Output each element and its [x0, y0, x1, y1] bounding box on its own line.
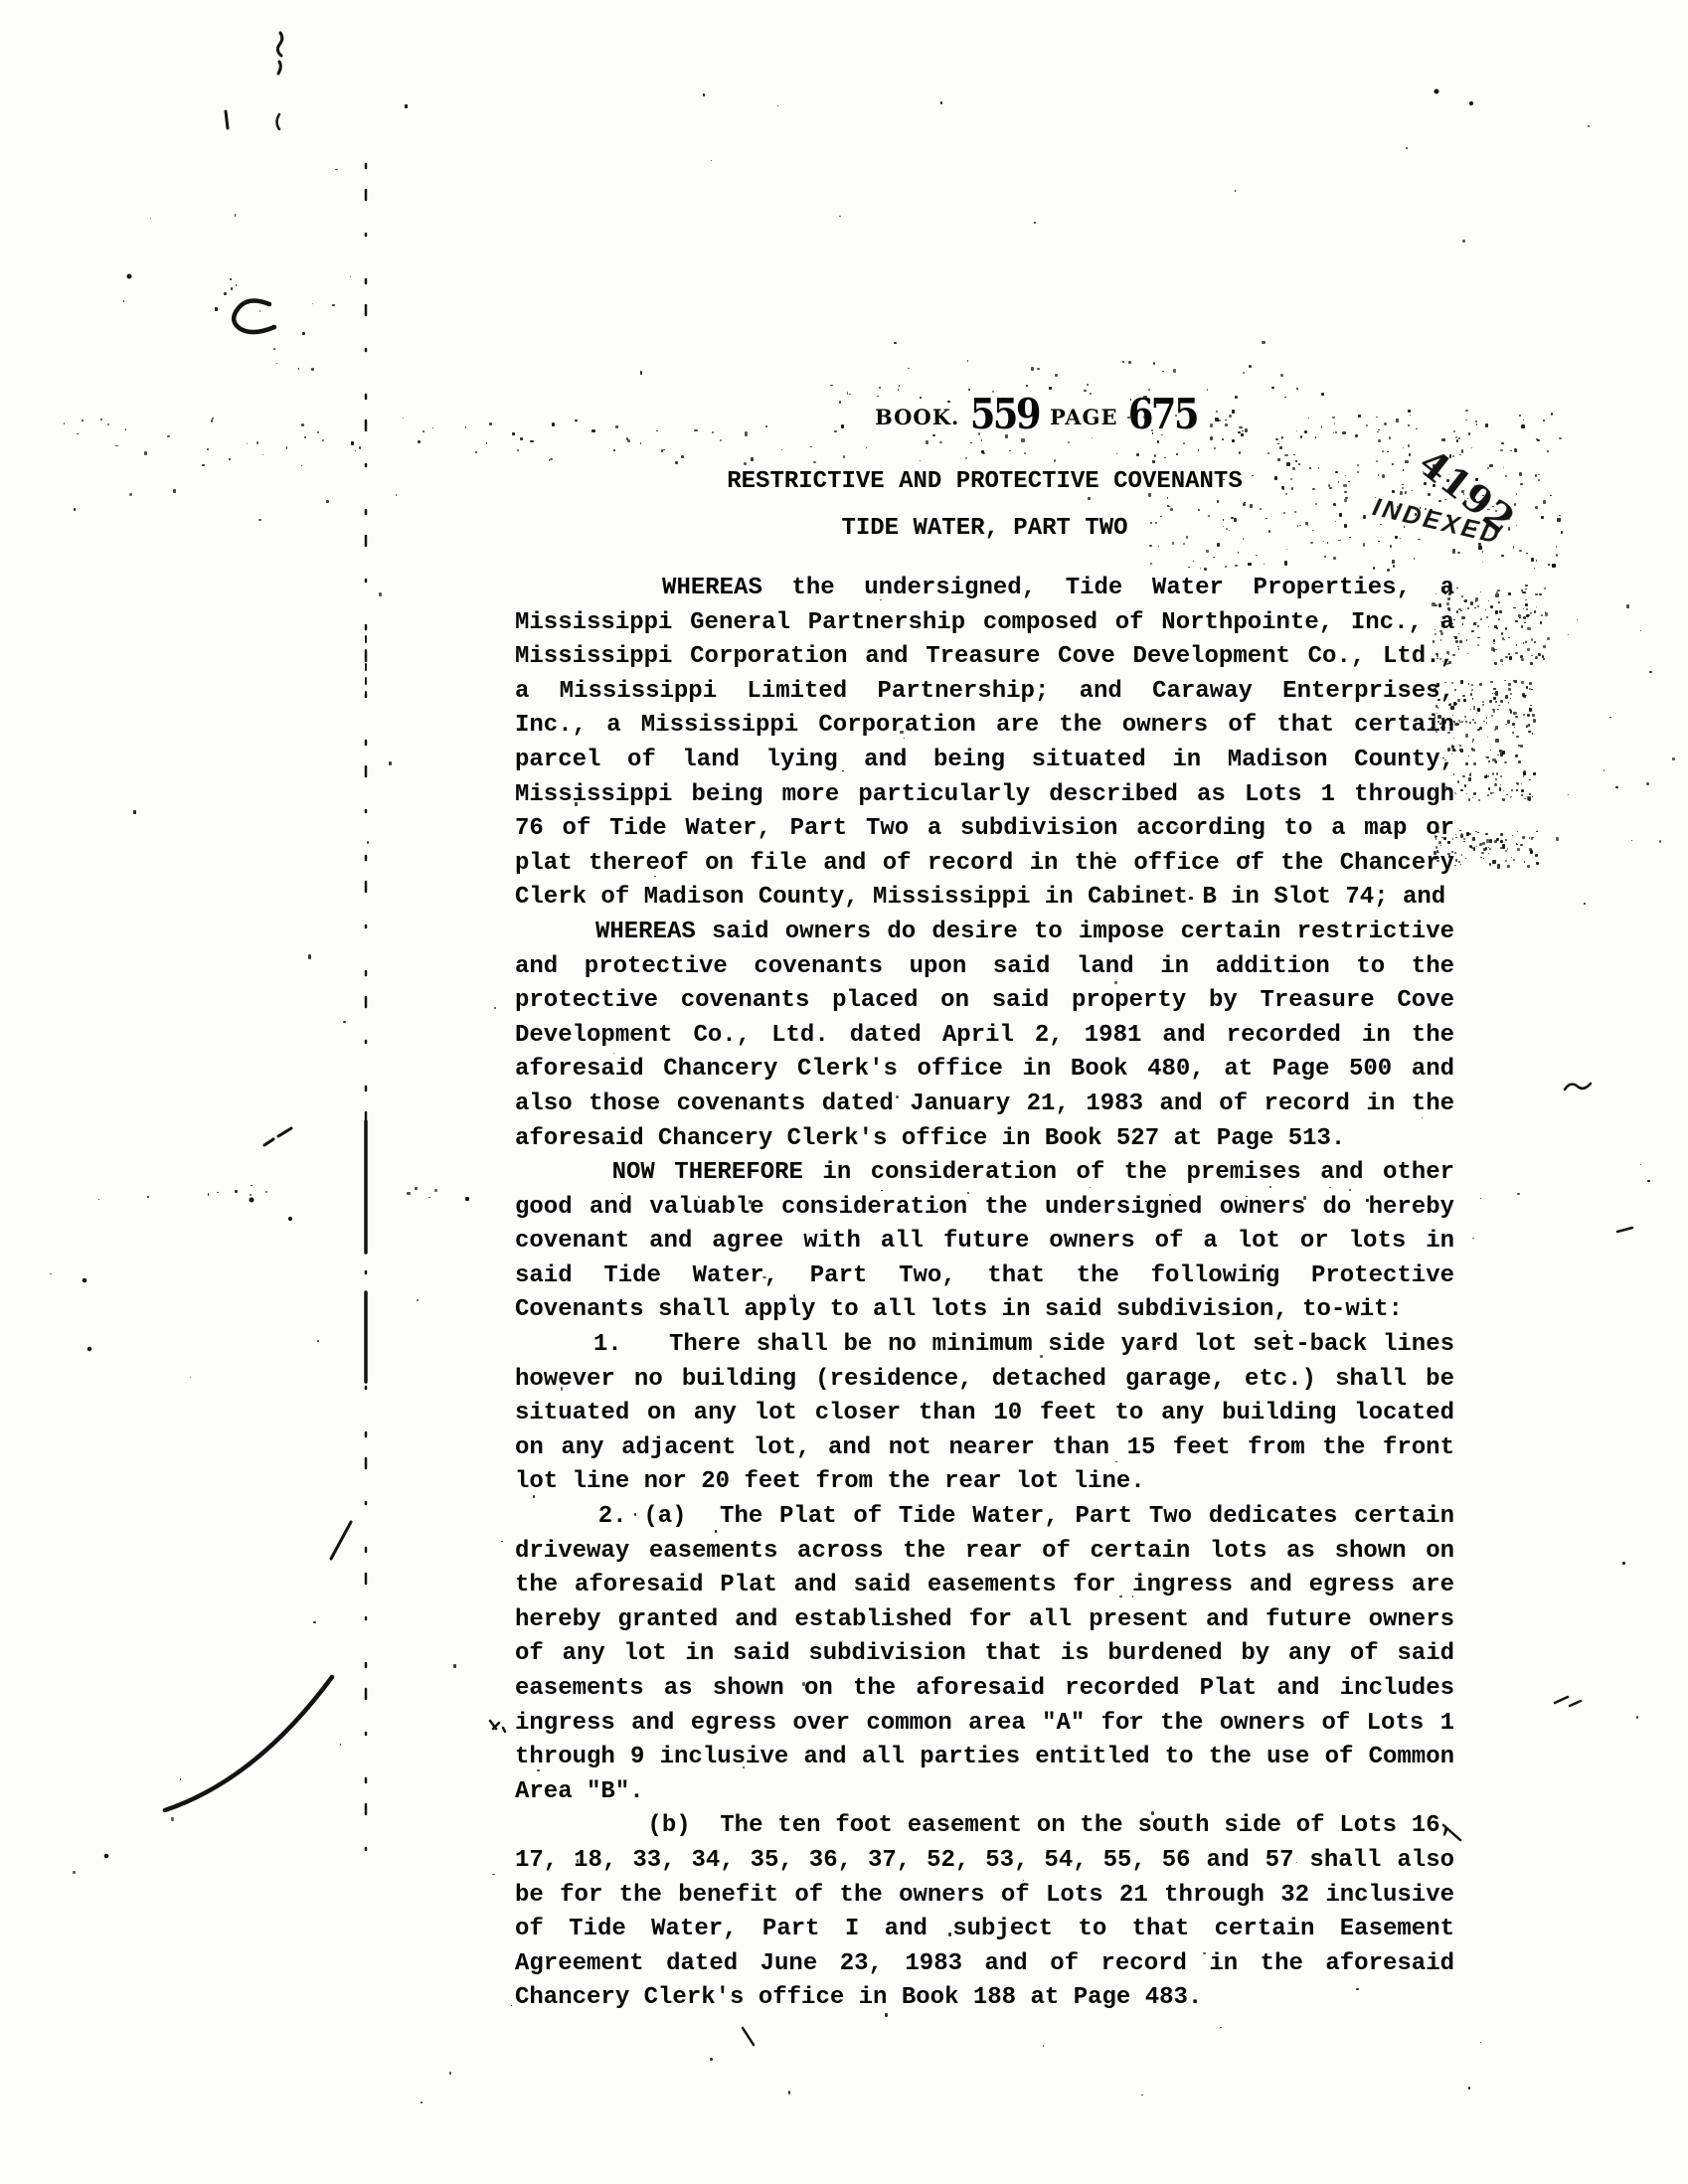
- document-line: driveway easements across the rear of ce…: [515, 1535, 1454, 1570]
- document-line: WHEREAS said owners do desire to impose …: [515, 916, 1454, 950]
- document-line: Development Co., Ltd. dated April 2, 198…: [515, 1019, 1454, 1054]
- document-page: BOOK.559PAGE675 4192 INDEXED RESTRICTIVE…: [0, 0, 1688, 2184]
- book-number: 559: [970, 394, 1039, 435]
- document-line: however no building (residence, detached…: [515, 1363, 1454, 1398]
- document-line: easements as shown on the aforesaid reco…: [515, 1672, 1454, 1707]
- speck-dot: [1469, 101, 1472, 104]
- paren-mark: [277, 114, 280, 129]
- tilde-mark: [1565, 1084, 1591, 1090]
- double-dash-mark: [1555, 1697, 1581, 1706]
- document-line: a Mississippi Limited Partnership; and C…: [515, 675, 1454, 710]
- document-subtitle: TIDE WATER, PART TWO: [515, 514, 1454, 544]
- document-line: and protective covenants upon said land …: [515, 950, 1454, 985]
- document-line: the aforesaid Plat and said easements fo…: [515, 1569, 1454, 1603]
- document-line: Mississippi being more particularly desc…: [515, 778, 1454, 813]
- speck-dot: [288, 1217, 291, 1220]
- document-line: Chancery Clerk's office in Book 188 at P…: [515, 1981, 1454, 2016]
- book-page-header: BOOK.559PAGE675: [875, 394, 1208, 435]
- book-label: BOOK.: [875, 405, 959, 429]
- document-line: Area "B".: [515, 1775, 1454, 1810]
- document-line: parcel of land lying and being situated …: [515, 744, 1454, 778]
- slash-pen-mark: [331, 1522, 351, 1559]
- speck-dot: [1435, 89, 1438, 93]
- document-line: Agreement dated June 23, 1983 and of rec…: [515, 1947, 1454, 1982]
- diagonal-dash-mark: [264, 1128, 291, 1145]
- page-number: 675: [1128, 394, 1197, 435]
- document-line: NOW THEREFORE in consideration of the pr…: [515, 1156, 1454, 1191]
- document-line: aforesaid Chancery Clerk's office in Boo…: [515, 1053, 1454, 1088]
- document-line: also those covenants dated January 21, 1…: [515, 1088, 1454, 1122]
- document-line: be for the benefit of the owners of Lots…: [515, 1879, 1454, 1914]
- small-backslash-mark: [743, 2028, 754, 2045]
- document-title: RESTRICTIVE AND PROTECTIVE COVENANTS: [515, 467, 1454, 497]
- asterisk-mark: [490, 1721, 505, 1732]
- speck-dot: [250, 1198, 253, 1202]
- speck-dot: [83, 1278, 86, 1282]
- document-line: said Tide Water, Part Two, that the foll…: [515, 1260, 1454, 1294]
- page-label: PAGE: [1050, 405, 1118, 429]
- document-line: of Tide Water, Part I and subject to tha…: [515, 1913, 1454, 1947]
- document-line: protective covenants placed on said prop…: [515, 984, 1454, 1019]
- document-line: (b) The ten foot easement on the south s…: [515, 1809, 1454, 1844]
- document-line: Mississippi Corporation and Treasure Cov…: [515, 640, 1454, 675]
- document-line: hereby granted and established for all p…: [515, 1603, 1454, 1638]
- document-line: 17, 18, 33, 34, 35, 36, 37, 52, 53, 54, …: [515, 1844, 1454, 1879]
- document-line: on any adjacent lot, and not nearer than…: [515, 1431, 1454, 1466]
- document-line: through 9 inclusive and all parties enti…: [515, 1741, 1454, 1775]
- speck-dot: [127, 274, 131, 278]
- document-line: Clerk of Madison County, Mississippi in …: [515, 881, 1454, 916]
- document-line: ingress and egress over common area "A" …: [515, 1707, 1454, 1742]
- document-line: WHEREAS the undersigned, Tide Water Prop…: [515, 572, 1454, 606]
- dash-mark: [1617, 1228, 1632, 1232]
- speck-dot: [104, 1854, 108, 1858]
- document-line: lot line nor 20 feet from the rear lot l…: [515, 1465, 1454, 1500]
- document-line: 2. (a) The Plat of Tide Water, Part Two …: [515, 1500, 1454, 1535]
- document-line: 1. There shall be no minimum side yard l…: [515, 1328, 1454, 1363]
- pen-squiggle-mark: [277, 33, 281, 74]
- pen-swoosh-mark: [165, 1677, 332, 1810]
- document-line: situated on any lot closer than 10 feet …: [515, 1397, 1454, 1431]
- document-line: 76 of Tide Water, Part Two a subdivision…: [515, 812, 1454, 847]
- document-line: good and valuable consideration the unde…: [515, 1191, 1454, 1226]
- tick-mark: [226, 111, 228, 128]
- document-body: WHEREAS the undersigned, Tide Water Prop…: [515, 572, 1454, 2016]
- speck-dot: [87, 1347, 91, 1351]
- document-line: Mississippi General Partnership composed…: [515, 606, 1454, 641]
- c-pen-mark: [234, 300, 274, 332]
- document-line: covenant and agree with all future owner…: [515, 1225, 1454, 1260]
- document-line: Inc., a Mississippi Corporation are the …: [515, 709, 1454, 744]
- document-line: Covenants shall apply to all lots in sai…: [515, 1293, 1454, 1328]
- document-line: aforesaid Chancery Clerk's office in Boo…: [515, 1122, 1454, 1157]
- document-line: plat thereof on file and of record in th…: [515, 847, 1454, 882]
- document-line: of any lot in said subdivision that is b…: [515, 1637, 1454, 1672]
